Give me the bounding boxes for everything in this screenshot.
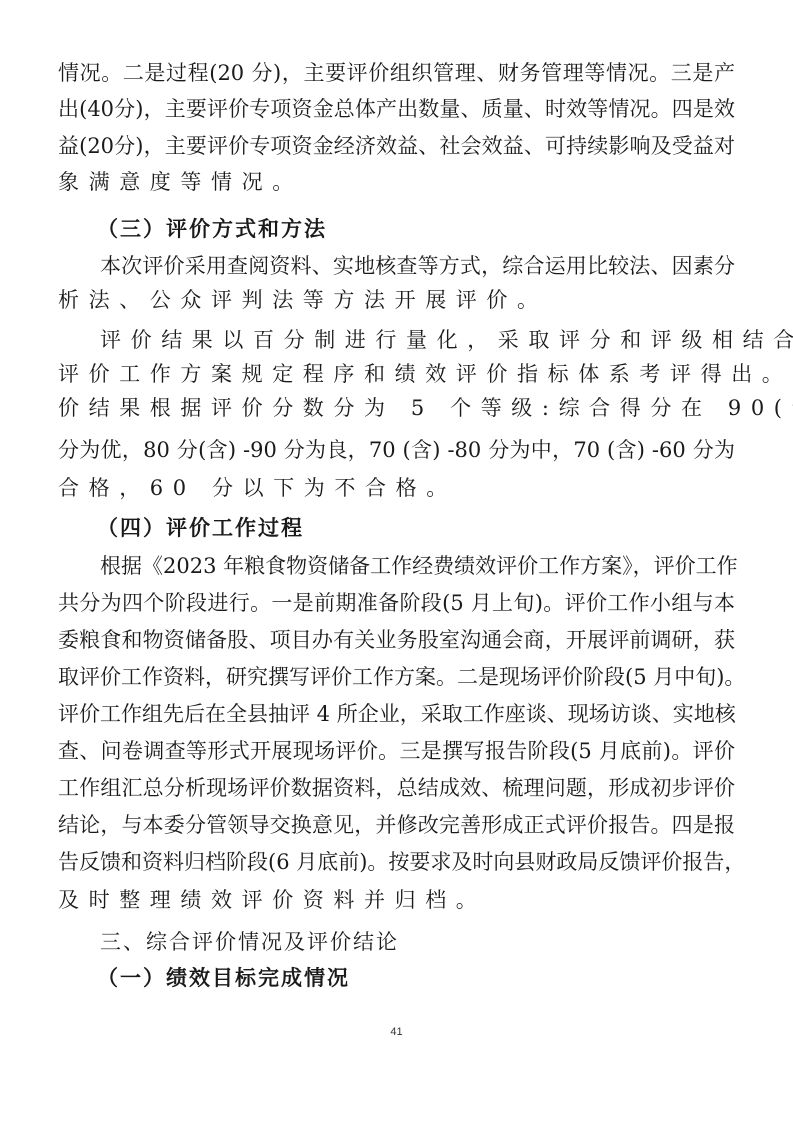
paragraph-line: 价结果根据评价分数分为 5 个等级:综合得分在 90(含) -100 [58,396,793,420]
section-heading: 三、综合评价情况及评价结论 [100,930,399,954]
paragraph-line: 评价工作组先后在全县抽评 4 所企业，采取工作座谈、现场访谈、实地核 [58,702,735,726]
paragraph-line: 出(40分)，主要评价专项资金总体产出数量、质量、时效等情况。四是效 [58,97,735,121]
paragraph-line: 分为优，80 分(含) -90 分为良，70 (含) -80 分为中，70 (含… [58,438,735,462]
paragraph-line: 委粮食和物资储备股、项目办有关业务股室沟通会商，开展评前调研，获 [58,628,735,652]
paragraph-line: 及时整理绩效评价资料并归档。 [58,888,486,912]
page-number: 41 [0,1026,793,1038]
paragraph-line: 析法、公众评判法等方法开展评价。 [58,288,548,312]
section-heading: （四）评价工作过程 [97,516,304,540]
paragraph-line: 本次评价采用查阅资料、实地核查等方式，综合运用比较法、因素分 [100,254,735,278]
paragraph-line: 工作组汇总分析现场评价数据资料，总结成效、梳理问题，形成初步评价 [58,776,735,800]
paragraph-line: 根据《2023 年粮食物资储备工作经费绩效评价工作方案》，评价工作 [100,554,735,578]
paragraph-line: 告反馈和资料归档阶段(6 月底前)。按要求及时向县财政局反馈评价报告， [58,850,735,874]
paragraph-line: 情况。二是过程(20 分)，主要评价组织管理、财务管理等情况。三是产 [58,61,735,85]
paragraph-line: 共分为四个阶段进行。一是前期准备阶段(5 月上旬)。评价工作小组与本 [58,591,735,615]
section-heading: （一）绩效目标完成情况 [97,966,350,990]
paragraph-line: 象满意度等情况。 [58,170,303,194]
paragraph-line: 结论，与本委分管领导交换意见，并修改完善形成正式评价报告。四是报 [58,813,735,837]
paragraph-line: 取评价工作资料，研究撰写评价工作方案。二是现场评价阶段(5 月中旬)。 [58,665,735,689]
paragraph-line: 评价工作方案规定程序和绩效评价指标体系考评得出。绩效评 [58,362,793,386]
paragraph-line: 查、问卷调查等形式开展现场评价。三是撰写报告阶段(5 月底前)。评价 [58,739,735,763]
paragraph-line: 益(20分)，主要评价专项资金经济效益、社会效益、可持续影响及受益对 [58,134,735,158]
section-heading: （三）评价方式和方法 [97,217,327,241]
paragraph-line: 合格，60 分以下为不合格。 [58,476,457,500]
paragraph-line: 评价结果以百分制进行量化，采取评分和评级相结合，按 [100,328,793,352]
